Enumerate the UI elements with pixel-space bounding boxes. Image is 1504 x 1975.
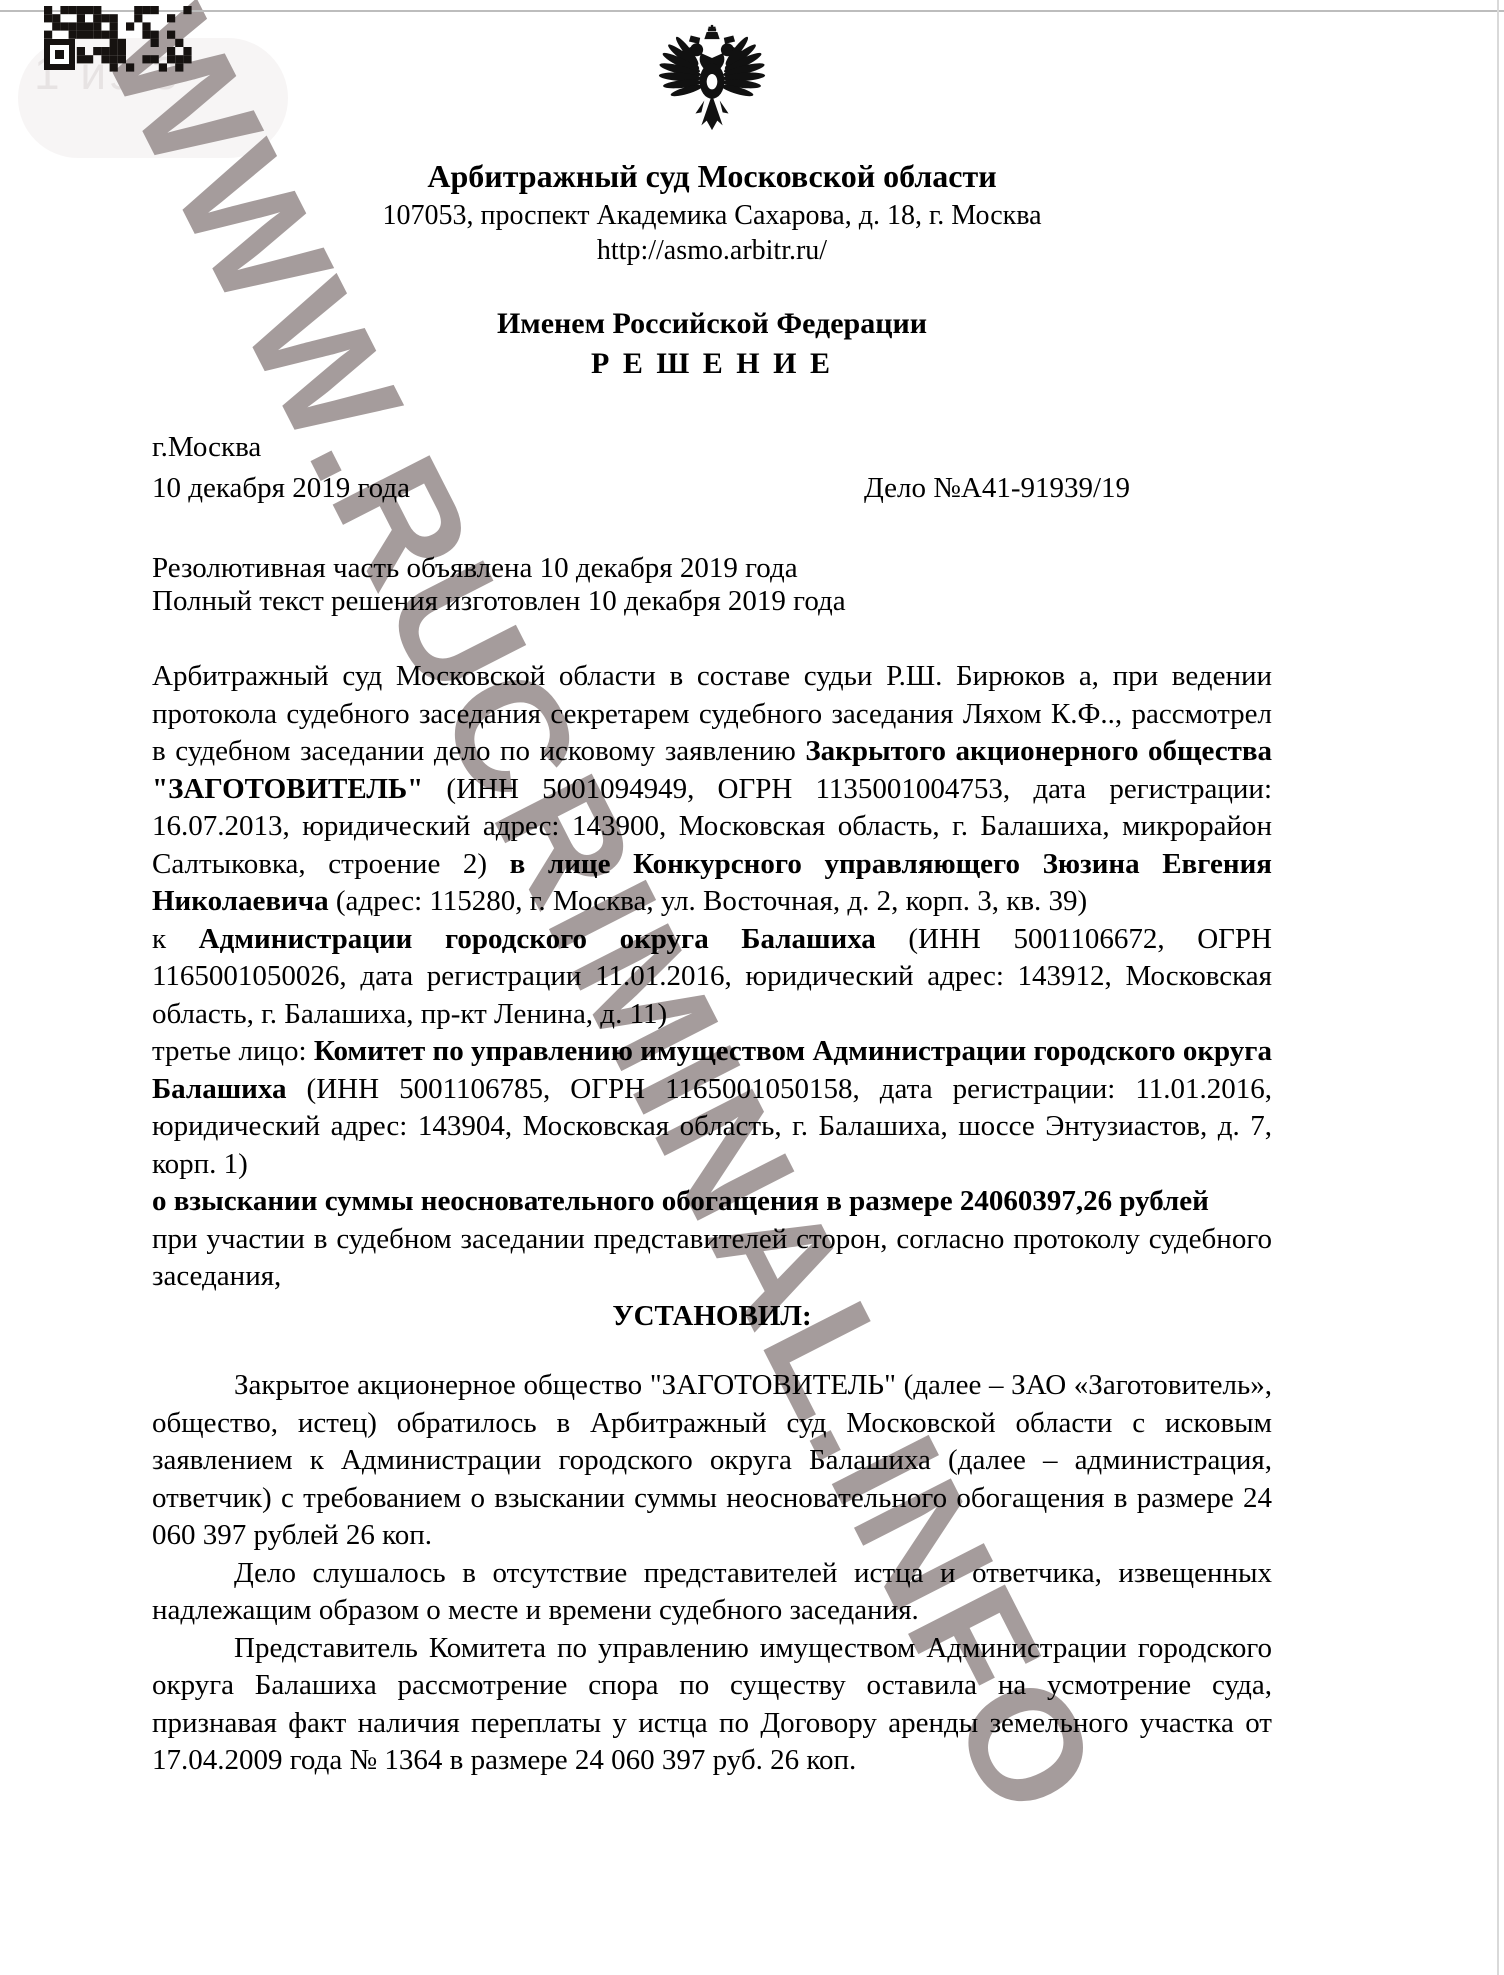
coat-of-arms-emblem — [647, 20, 777, 148]
participants-paragraph: при участии в судебном заседании предста… — [152, 1221, 1272, 1296]
page-top-border — [0, 10, 1504, 12]
city-label: г.Москва — [152, 431, 1272, 464]
court-name: Арбитражный суд Московской области — [152, 158, 1272, 195]
qr-code-icon — [44, 6, 194, 72]
document-content: Арбитражный суд Московской области 10705… — [152, 0, 1272, 1780]
established-paragraph: Дело слушалось в отсутствие представител… — [152, 1555, 1272, 1630]
resolution-announced: Резолютивная часть объявлена 10 декабря … — [152, 552, 1272, 585]
case-number: Дело №А41-91939/19 — [864, 472, 1130, 505]
established-paragraph: Закрытое акционерное общество "ЗАГОТОВИТ… — [152, 1367, 1272, 1555]
case-intro-block: Арбитражный суд Московской области в сос… — [152, 658, 1272, 1296]
court-address: 107053, проспект Академика Сахарова, д. … — [152, 200, 1272, 232]
court-website-url: http://asmo.arbitr.ru/ — [152, 235, 1272, 267]
full-text-prepared: Полный текст решения изготовлен 10 декаб… — [152, 585, 1272, 618]
resolution-block: Резолютивная часть объявлена 10 декабря … — [152, 552, 1272, 618]
document-page: 1 из 3 WWW.RUCRIMINAL.INFO — [0, 0, 1504, 1975]
claim-subject-paragraph: о взыскании суммы неосновательного обога… — [152, 1183, 1272, 1221]
date-case-line: 10 декабря 2019 года Дело №А41-91939/19 — [152, 472, 1272, 510]
third-party-paragraph: третье лицо: Комитет по управлению имуще… — [152, 1033, 1272, 1183]
intro-paragraph: Арбитражный суд Московской области в сос… — [152, 658, 1272, 921]
in-the-name-heading: Именем Российской Федерации — [152, 307, 1272, 341]
decision-title: Р Е Ш Е Н И Е — [152, 347, 1272, 381]
decision-date: 10 декабря 2019 года — [152, 472, 410, 504]
established-paragraph: Представитель Комитета по управлению иму… — [152, 1630, 1272, 1780]
defendant-paragraph: к Администрации городского округа Балаши… — [152, 921, 1272, 1034]
established-heading: УСТАНОВИЛ: — [152, 1298, 1272, 1336]
established-block: Закрытое акционерное общество "ЗАГОТОВИТ… — [152, 1367, 1272, 1780]
page-right-border — [1497, 0, 1499, 1975]
